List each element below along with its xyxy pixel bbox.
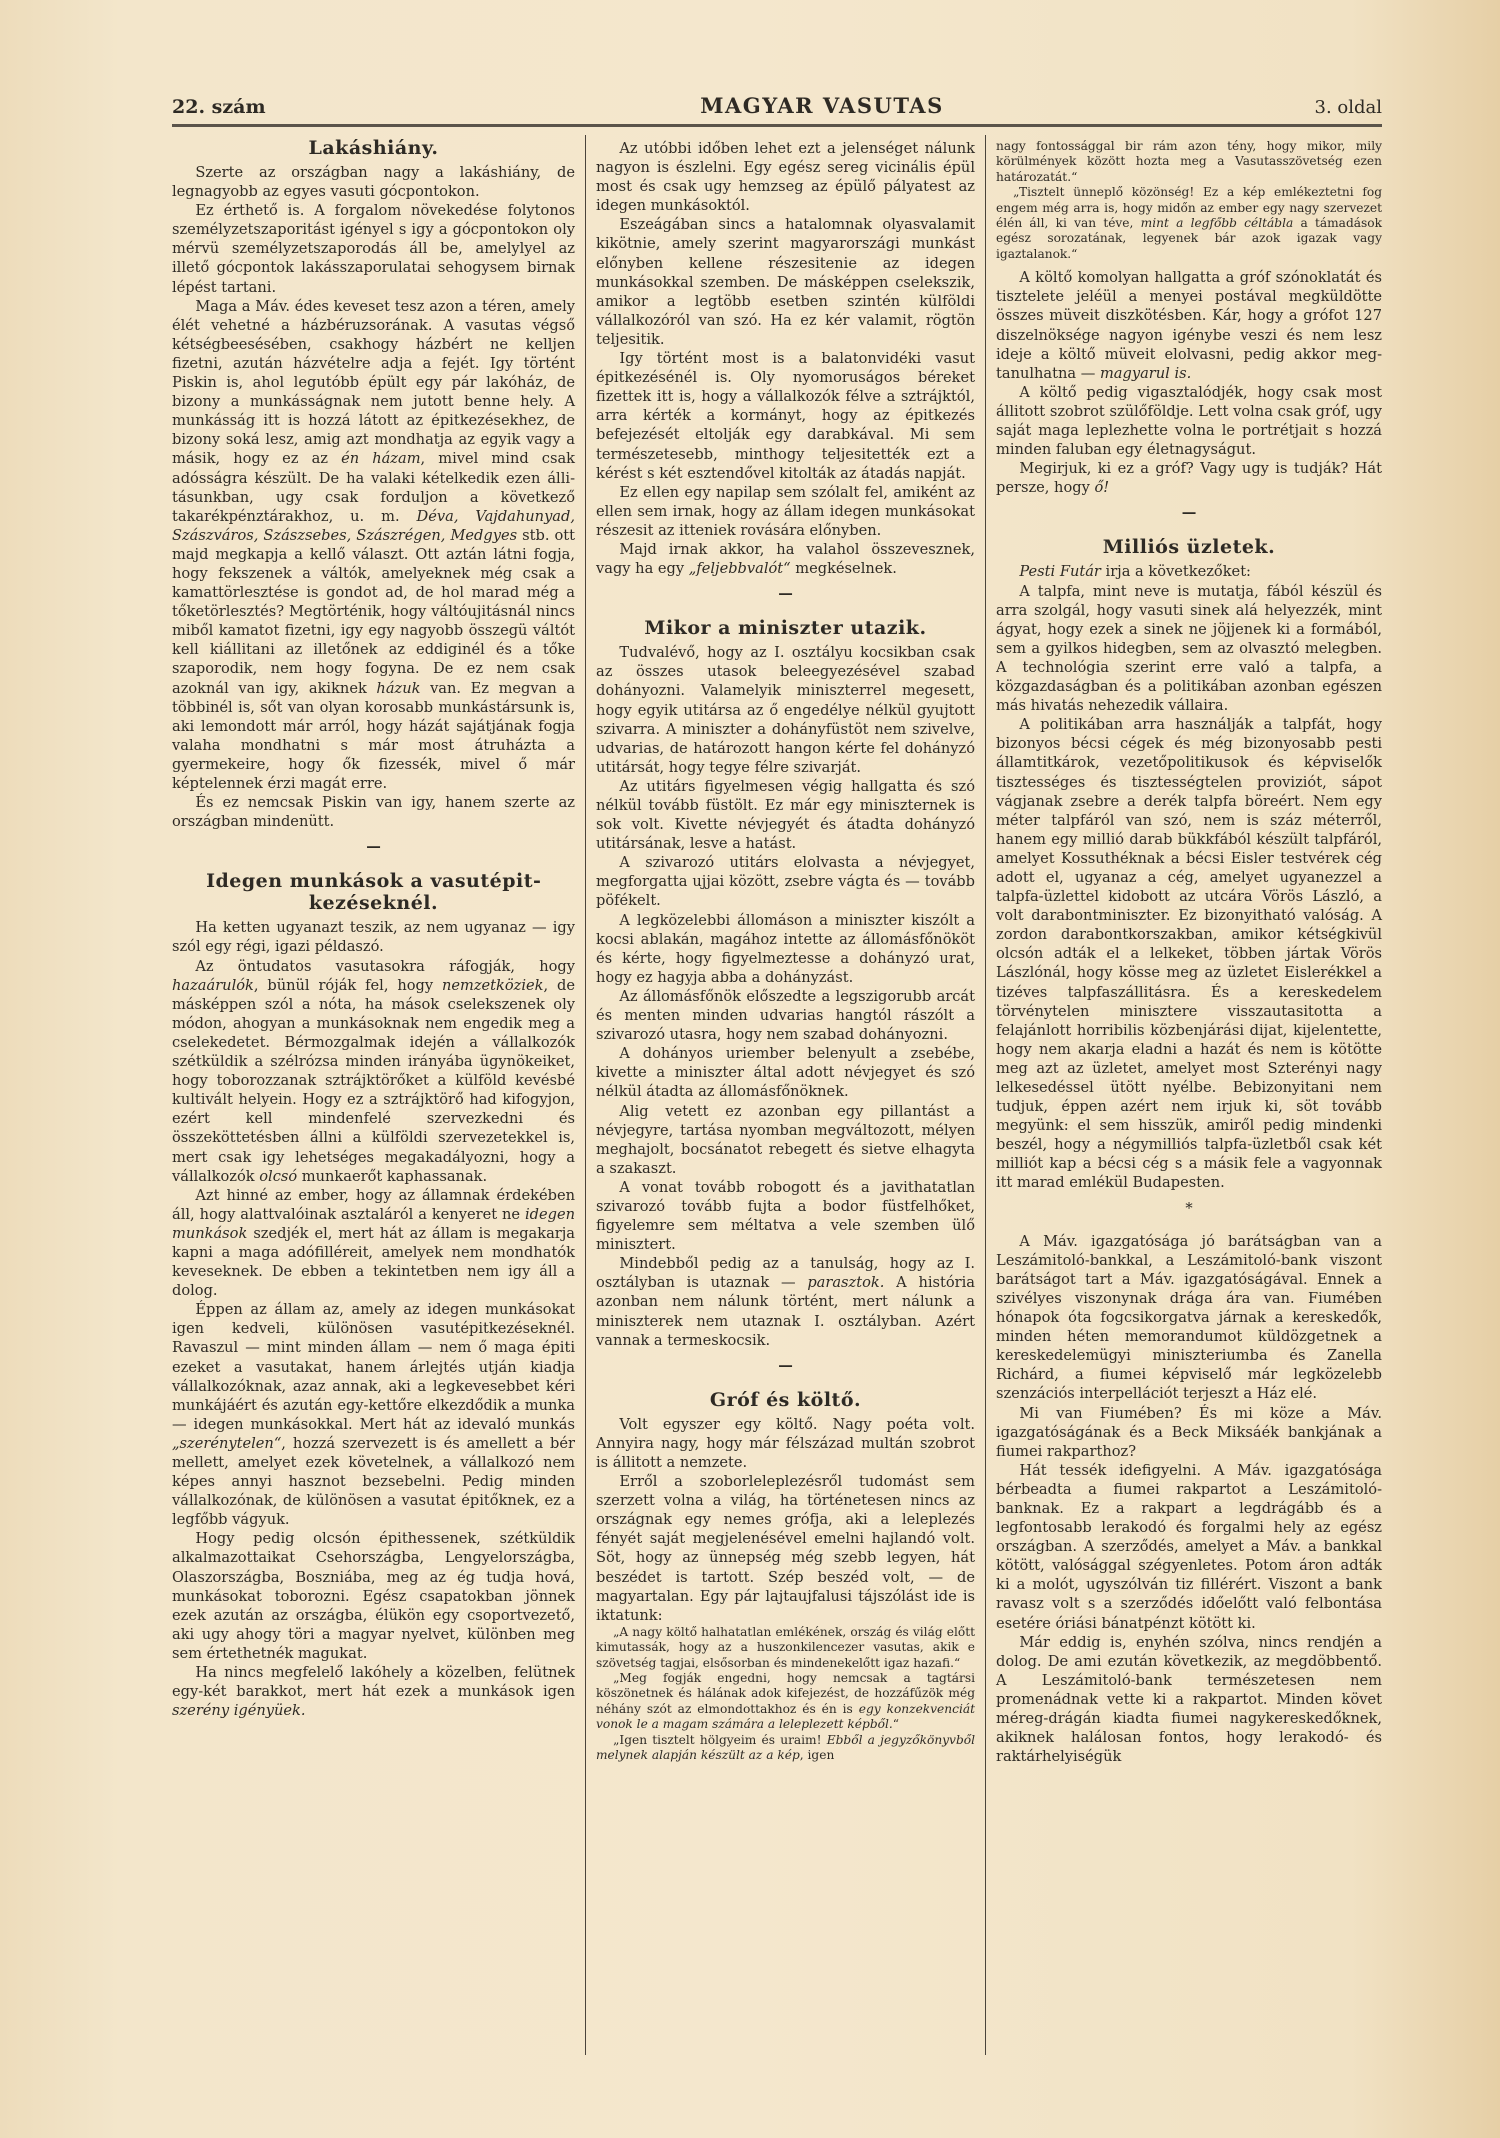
paragraph: Az állomásfőnök előszedte a legszigorubb… [596, 987, 975, 1044]
paragraph: Ha nincs megfelelő lakóhely a közelben, … [172, 1663, 575, 1720]
paragraph: És ez nemcsak Piskin van igy, hanem szer… [172, 793, 575, 831]
quoted-speech-continued: nagy fontossággal bir rám azon tény, hog… [996, 139, 1382, 262]
article-title-grof-es-kolto: Gróf és költő. [596, 1389, 975, 1411]
paragraph: Maga a Máv. édes keveset tesz azon a tér… [172, 297, 575, 793]
paragraph: Ez érthető is. A forgalom növekedése fol… [172, 201, 575, 296]
paragraph: Az utóbbi időben lehet ezt a jelenséget … [596, 139, 975, 215]
quoted-speech: „A nagy költő halhatatlan emlékének, ors… [596, 1625, 975, 1764]
section-separator: — [596, 584, 975, 603]
paragraph: A Máv. igazgatósága jó barátságban van a… [996, 1232, 1382, 1404]
paragraph: Mi van Fiumében? És mi köze a Máv. igazg… [996, 1404, 1382, 1461]
paragraph: A talpfa, mint neve is mutatja, fából ké… [996, 582, 1382, 716]
paragraph: Pesti Futár irja a következőket: [996, 562, 1382, 581]
newspaper-title: MAGYAR VASUTAS [422, 93, 1222, 118]
paragraph: Az utitárs figyelmesen végig hallgatta é… [596, 777, 975, 853]
columns: Lakáshiány. Szerte az országban nagy a l… [172, 135, 1382, 2055]
quote: „Meg fogják engedni, hogy nemcsak a tagt… [596, 1671, 975, 1733]
paragraph: Megirjuk, ki ez a gróf? Vagy ugy is tudj… [996, 459, 1382, 497]
paragraph: Hogy pedig olcsón épithessenek, szétküld… [172, 1529, 575, 1663]
article-title-idegen-munkasok: Idegen munkások a vasutépit­kezéseknél. [172, 870, 575, 914]
paragraph: Ez ellen egy napilap sem szólalt fel, am… [596, 483, 975, 540]
quote: „Tisztelt ünneplő közönség! Ez a kép eml… [996, 185, 1382, 262]
paragraph: Majd irnak akkor, ha valahol össze­veszn… [596, 540, 975, 578]
paragraph: Eszeágában sincs a hatalomnak olyas­vala… [596, 215, 975, 349]
masthead: 22. szám MAGYAR VASUTAS 3. oldal [172, 88, 1382, 118]
paragraph: A költő pedig vigasztalódjék, hogy csak … [996, 383, 1382, 459]
paragraph: Azt hinné az ember, hogy az államnak érd… [172, 1186, 575, 1301]
paragraph: Már eddig is, enyhén szólva, nincs rend­… [996, 1633, 1382, 1767]
paragraph: A dohányos uriember belenyult a zsebébe,… [596, 1044, 975, 1101]
paragraph: A politikában arra használják a talpfát,… [996, 715, 1382, 1192]
quote: nagy fontossággal bir rám azon tény, hog… [996, 139, 1382, 185]
paragraph: Alig vetett ez azonban egy pillantást a … [596, 1102, 975, 1178]
paragraph: Erről a szoborleleplezésről tudomást sem… [596, 1472, 975, 1625]
article-title-miniszter: Mikor a miniszter utazik. [596, 617, 975, 639]
article-title-millios-uzletek: Milliós üzletek. [996, 536, 1382, 558]
paragraph: Az öntudatos vasutasokra ráfogják, hogy … [172, 957, 575, 1186]
paragraph: Tudvalévő, hogy az I. osztályu kocsikban… [596, 643, 975, 777]
paragraph: Szerte az országban nagy a lakáshiány, d… [172, 163, 575, 201]
paragraph: A legközelebbi állomáson a miniszter ki­… [596, 911, 975, 987]
paragraph: Hát tessék idefigyelni. A Máv. igazgató­… [996, 1461, 1382, 1633]
asterisk-separator: * [996, 1199, 1382, 1218]
page-number: 3. oldal [1222, 97, 1382, 118]
section-separator: — [172, 837, 575, 856]
issue-number: 22. szám [172, 96, 332, 118]
section-separator: — [596, 1356, 975, 1375]
paragraph: A vonat tovább robogott és a javitha­tat… [596, 1178, 975, 1254]
column-2: Az utóbbi időben lehet ezt a jelenséget … [586, 135, 986, 2055]
quote: „Igen tisztelt hölgyeim és uraim! Ebből … [596, 1733, 975, 1764]
newspaper-page: 22. szám MAGYAR VASUTAS 3. oldal Lakáshi… [172, 88, 1382, 2055]
column-1: Lakáshiány. Szerte az országban nagy a l… [172, 135, 586, 2055]
paragraph: Éppen az állam az, amely az idegen mun­k… [172, 1300, 575, 1529]
paragraph: Ha ketten ugyanazt teszik, az nem ugyana… [172, 918, 575, 956]
paragraph: A költő komolyan hallgatta a gróf szó­no… [996, 268, 1382, 383]
paragraph: Igy történt most is a balatonvidéki vasu… [596, 349, 975, 483]
article-title-lakashiany: Lakáshiány. [172, 137, 575, 159]
quote: „A nagy költő halhatatlan emlékének, ors… [596, 1625, 975, 1671]
section-separator: — [996, 503, 1382, 522]
column-3: nagy fontossággal bir rám azon tény, hog… [986, 135, 1382, 2055]
paragraph: Mindebből pedig az a tanulság, hogy az I… [596, 1254, 975, 1349]
paragraph: A szivarozó utitárs elolvasta a névjegye… [596, 853, 975, 910]
paragraph: Volt egyszer egy költő. Nagy poéta volt.… [596, 1415, 975, 1472]
header-rule [172, 124, 1382, 127]
